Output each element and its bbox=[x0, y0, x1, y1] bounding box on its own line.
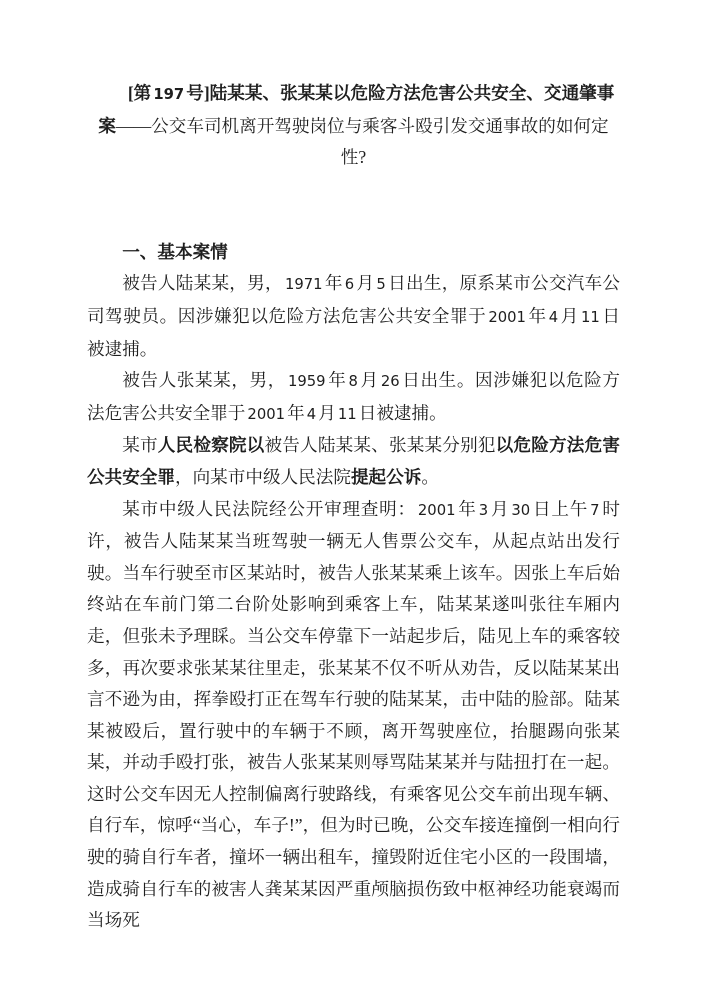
section-heading-basic-facts: 一、基本案情 bbox=[87, 237, 620, 269]
numeric-text: 30 bbox=[511, 502, 530, 519]
numeric-text: 26 bbox=[381, 373, 400, 390]
body-paragraphs: 被告人陆某某，男，1971年6月5日出生，原系某市公交汽车公司驾驶员。因涉嫌犯以… bbox=[87, 268, 620, 936]
body-paragraph: 被告人陆某某，男，1971年6月5日出生，原系某市公交汽车公司驾驶员。因涉嫌犯以… bbox=[87, 268, 620, 365]
numeric-text: 197 bbox=[153, 86, 184, 103]
body-paragraph: 被告人张某某，男，1959年8月26日出生。因涉嫌犯以危险方法危害公共安全罪于2… bbox=[87, 365, 620, 430]
document-title: [第197号]陆某某、张某某以危险方法危害公共安全、交通肇事案——公交车司机离开… bbox=[87, 78, 620, 174]
numeric-text: 5 bbox=[376, 276, 385, 293]
numeric-text: 11 bbox=[581, 309, 600, 326]
numeric-text: 7 bbox=[590, 502, 599, 519]
numeric-text: 2001 bbox=[418, 502, 456, 519]
document-page: [第197号]陆某某、张某某以危险方法危害公共安全、交通肇事案——公交车司机离开… bbox=[0, 0, 707, 999]
numeric-text: 4 bbox=[307, 406, 316, 423]
numeric-text: 11 bbox=[338, 406, 357, 423]
numeric-text: 8 bbox=[348, 373, 357, 390]
numeric-text: 3 bbox=[479, 502, 488, 519]
numeric-text: 1971 bbox=[285, 276, 323, 293]
numeric-text: 6 bbox=[345, 276, 354, 293]
numeric-text: 4 bbox=[549, 309, 558, 326]
body-paragraph: 某市中级人民法院经公开审理查明：2001年3月30日上午7时许，被告人陆某某当班… bbox=[87, 494, 620, 937]
numeric-text: 2001 bbox=[247, 406, 285, 423]
numeric-text: 1959 bbox=[288, 373, 326, 390]
body-paragraph: 某市人民检察院以被告人陆某某、张某某分别犯以危险方法危害公共安全罪，向某市中级人… bbox=[87, 430, 620, 493]
numeric-text: 2001 bbox=[488, 309, 526, 326]
